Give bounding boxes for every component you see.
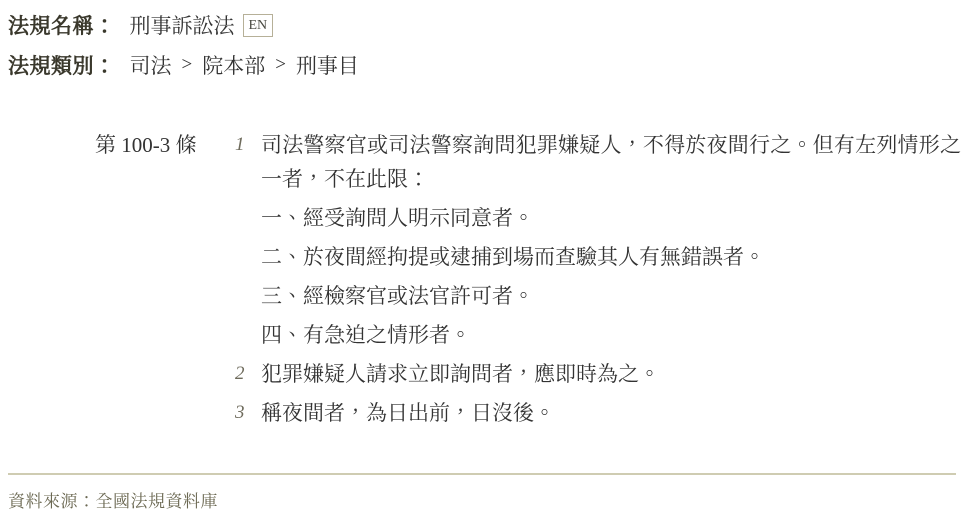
subitem-text: 二、於夜間經拘提或逮捕到場而查驗其人有無錯誤者。 xyxy=(261,240,961,274)
law-article-page: 法規名稱： 刑事訴訟法 EN 法規類別： 司法 > 院本部 > 刑事目 第 10… xyxy=(0,0,964,516)
paragraph-number: 3 xyxy=(235,396,261,430)
paragraph-text: 犯罪嫌疑人請求立即詢問者，應即時為之。 xyxy=(261,357,961,391)
article-subitem-4: 四、有急迫之情形者。 xyxy=(235,318,961,352)
breadcrumb-separator-icon: > xyxy=(275,54,286,76)
paragraph-number xyxy=(235,279,261,313)
paragraph-text: 司法警察官或司法警察詢問犯罪嫌疑人，不得於夜間行之。但有左列情形之一者，不在此限… xyxy=(261,128,961,196)
paragraph-number: 2 xyxy=(235,357,261,391)
breadcrumb-item-yuan-headquarters[interactable]: 院本部 xyxy=(202,50,265,80)
article-body: 1 司法警察官或司法警察詢問犯罪嫌疑人，不得於夜間行之。但有左列情形之一者，不在… xyxy=(235,128,961,435)
law-category-row: 法規類別： 司法 > 院本部 > 刑事目 xyxy=(8,52,956,78)
article-paragraph-3: 3 稱夜間者，為日出前，日沒後。 xyxy=(235,396,961,430)
law-name-label: 法規名稱： xyxy=(8,10,116,40)
article-subitem-3: 三、經檢察官或法官許可者。 xyxy=(235,279,961,313)
article-paragraph-1: 1 司法警察官或司法警察詢問犯罪嫌疑人，不得於夜間行之。但有左列情形之一者，不在… xyxy=(235,128,961,196)
breadcrumb-separator-icon: > xyxy=(182,54,193,76)
breadcrumb-item-judicial[interactable]: 司法 xyxy=(130,50,172,80)
english-version-badge[interactable]: EN xyxy=(243,14,274,37)
data-source-text: 資料來源：全國法規資料庫 xyxy=(8,487,956,512)
law-name-row: 法規名稱： 刑事訴訟法 EN xyxy=(8,12,956,38)
footer-divider xyxy=(8,473,956,475)
paragraph-number xyxy=(235,318,261,352)
subitem-text: 三、經檢察官或法官許可者。 xyxy=(261,279,961,313)
article-paragraph-2: 2 犯罪嫌疑人請求立即詢問者，應即時為之。 xyxy=(235,357,961,391)
law-name-value: 刑事訴訟法 xyxy=(130,10,235,40)
paragraph-number: 1 xyxy=(235,128,261,196)
subitem-text: 四、有急迫之情形者。 xyxy=(261,318,961,352)
article-section: 第 100-3 條 1 司法警察官或司法警察詢問犯罪嫌疑人，不得於夜間行之。但有… xyxy=(8,128,956,435)
paragraph-text: 稱夜間者，為日出前，日沒後。 xyxy=(261,396,961,430)
breadcrumb: 司法 > 院本部 > 刑事目 xyxy=(130,50,359,80)
article-subitem-1: 一、經受詢問人明示同意者。 xyxy=(235,201,961,235)
subitem-text: 一、經受詢問人明示同意者。 xyxy=(261,201,961,235)
paragraph-number xyxy=(235,201,261,235)
article-subitem-2: 二、於夜間經拘提或逮捕到場而查驗其人有無錯誤者。 xyxy=(235,240,961,274)
breadcrumb-item-criminal-category[interactable]: 刑事目 xyxy=(296,50,359,80)
paragraph-number xyxy=(235,240,261,274)
article-number: 第 100-3 條 xyxy=(8,128,235,435)
law-category-label: 法規類別： xyxy=(8,50,116,80)
